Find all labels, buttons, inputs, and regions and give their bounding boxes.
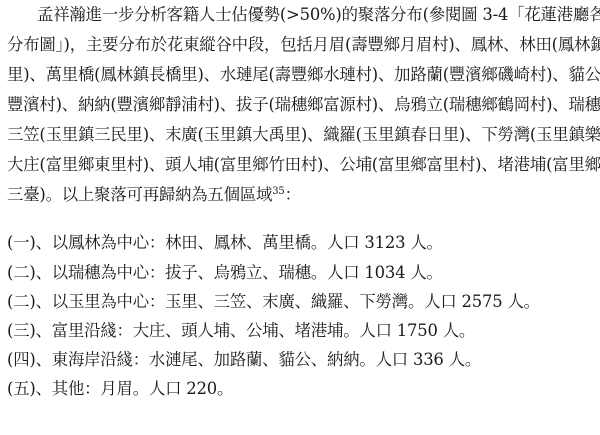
region-item-3: (二)、以玉里為中心：玉里、三笠、末廣、織羅、下勞灣。人口 2575 人。 xyxy=(7,287,540,317)
paragraph-line: 孟祥瀚進一步分析客籍人士佔優勢(>50%)的聚落分布(參閱圖 3-4「花蓮港廳各… xyxy=(37,0,600,30)
paragraph-line: 分布圖」)，主要分布於花東縱谷中段，包括月眉(壽豐鄉月眉村)、鳳林、林田(鳳林鎮… xyxy=(7,30,600,60)
paragraph-line: 三笠(玉里鎮三民里)、末廣(玉里鎮大禹里)、織羅(玉里鎮春日里)、下勞灣(玉里鎮… xyxy=(7,120,600,150)
region-item-1: (一)、以鳳林為中心：林田、鳳林、萬里橋。人口 3123 人。 xyxy=(7,228,443,258)
paragraph-text: 三臺)。以上聚落可再歸納為五個區域 xyxy=(7,185,272,204)
region-item-6: (五)、其他：月眉。人口 220。 xyxy=(7,374,233,404)
paragraph-line: 大庄(富里鄉東里村)、頭人埔(富里鄉竹田村)、公埔(富里鄉富里村)、堵港埔(富里… xyxy=(7,150,600,180)
paragraph-colon: ： xyxy=(285,185,301,204)
paragraph-line: 豐濱村)、納納(豐濱鄉靜浦村)、拔子(瑞穗鄉富源村)、烏鴉立(瑞穗鄉鶴岡村)、瑞… xyxy=(7,90,600,120)
paragraph-line: 里)、萬里橋(鳳林鎮長橋里)、水璉尾(壽豐鄉水璉村)、加路蘭(豐濱鄉磯崎村)、貓… xyxy=(7,60,600,90)
region-item-2: (二)、以瑞穗為中心：拔子、烏鴉立、瑞穗。人口 1034 人。 xyxy=(7,258,443,288)
region-item-5: (四)、東海岸沿綫：水漣尾、加路蘭、貓公、納納。人口 336 人。 xyxy=(7,345,481,375)
region-item-4: (三)、富里沿綫：大庄、頭人埔、公埔、堵港埔。人口 1750 人。 xyxy=(7,316,475,346)
paragraph-line-last: 三臺)。以上聚落可再歸納為五個區域35： xyxy=(7,180,301,210)
footnote-reference[interactable]: 35 xyxy=(272,186,284,197)
